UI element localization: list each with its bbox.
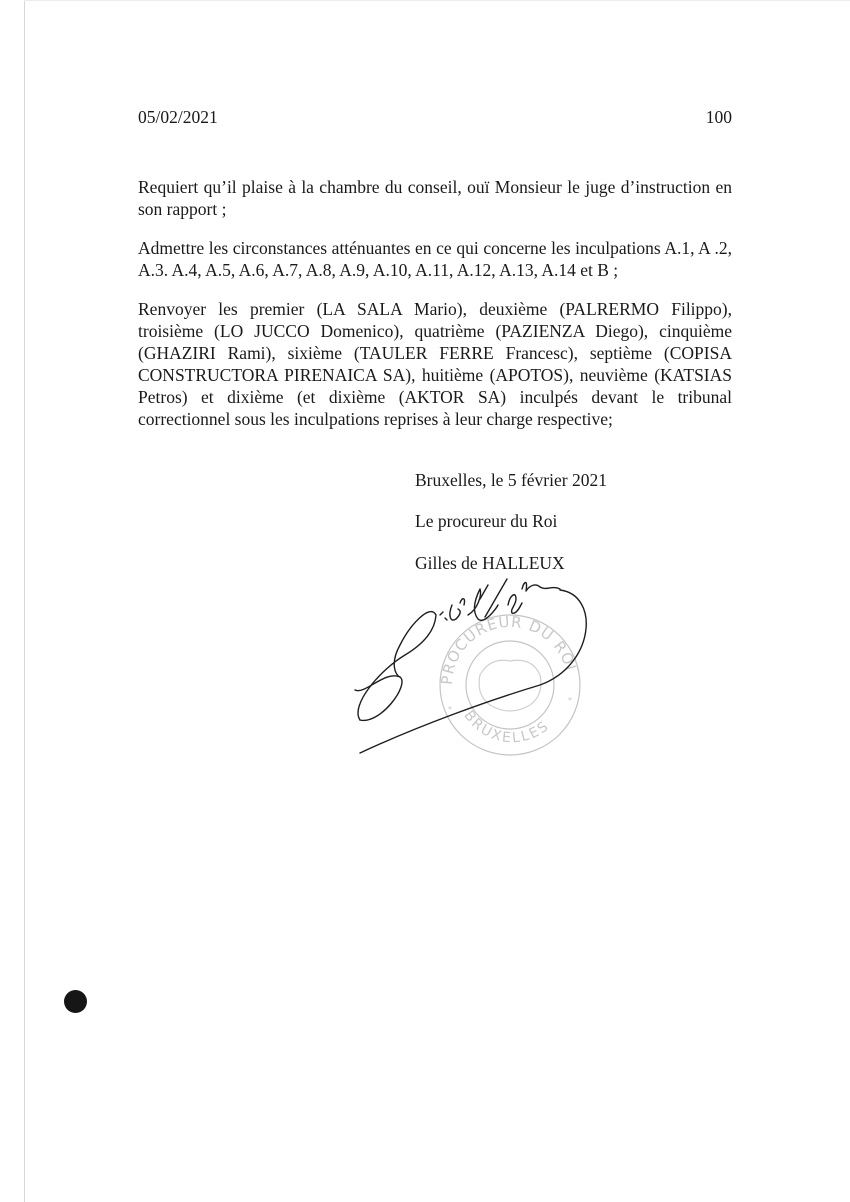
header-date: 05/02/2021: [138, 107, 218, 128]
signature-and-stamp: PROCUREUR DU ROI BRUXELLES * *: [340, 575, 600, 775]
signature-place-date: Bruxelles, le 5 février 2021: [415, 470, 607, 491]
official-stamp-icon: PROCUREUR DU ROI BRUXELLES * *: [438, 613, 580, 755]
scan-top-edge: [24, 0, 850, 1]
document-page: 05/02/2021 100 Requiert qu’il plaise à l…: [0, 0, 850, 1202]
paragraph-referral: Renvoyer les premier (LA SALA Mario), de…: [138, 298, 732, 430]
svg-text:BRUXELLES: BRUXELLES: [460, 708, 552, 747]
paragraph-mitigating-circumstances: Admettre les circonstances atténuantes e…: [138, 237, 732, 281]
signatory-name: Gilles de HALLEUX: [415, 553, 565, 574]
paragraph-request: Requiert qu’il plaise à la chambre du co…: [138, 176, 732, 220]
signatory-role: Le procureur du Roi: [415, 511, 557, 532]
punch-hole-mark: [64, 990, 87, 1013]
scan-edge-line: [24, 0, 25, 1202]
svg-text:*: *: [448, 705, 452, 714]
stamp-text-bottom: BRUXELLES: [460, 708, 552, 747]
svg-text:*: *: [568, 696, 572, 705]
page-number: 100: [706, 107, 732, 128]
